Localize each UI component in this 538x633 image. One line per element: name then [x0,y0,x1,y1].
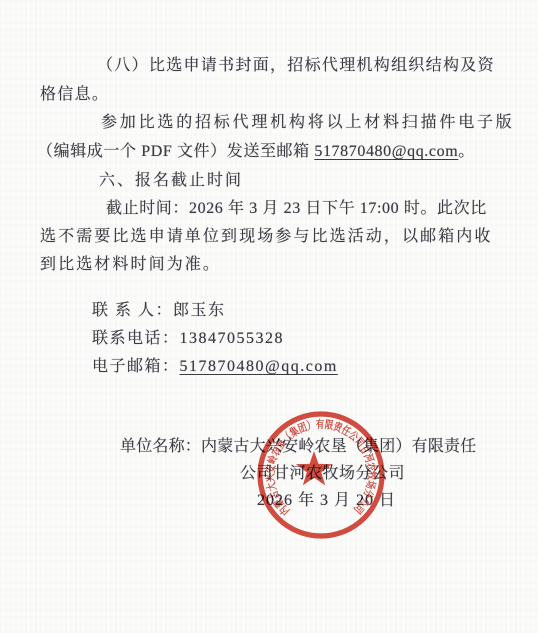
official-seal-stamp: 内蒙古大兴安岭农垦（集团）有限责任公司甘河农牧场分公司 [231,385,411,565]
contact-person-line: 联 系 人：郎玉东 [92,301,226,321]
contact-person-name: 郎玉东 [173,302,226,319]
body-line: 到比选材料时间为准。 [40,255,221,275]
signature-org-label: 单位名称： [120,438,201,455]
body-line: 选不需要比选申请单位到现场参与比选活动，以邮箱内收 [40,227,493,247]
contact-phone-number: 13847055328 [180,330,285,347]
star-icon [296,451,332,485]
body-text: 。 [458,143,475,160]
scanned-document-page: （八）比选申请书封面，招标代理机构组织结构及资 格信息。 参加比选的招标代理机构… [0,0,538,633]
body-line: （八）比选申请书封面，招标代理机构组织结构及资 [97,56,495,76]
body-line: （编辑成一个 PDF 文件）发送至邮箱 517870480@qq.com。 [37,142,475,162]
email-address: 517870480@qq.com [180,358,338,375]
contact-person-label: 联 系 人： [92,302,173,319]
contact-phone-line: 联系电话：13847055328 [92,329,284,349]
body-text: （编辑成一个 PDF 文件）发送至邮箱 [37,143,314,160]
body-line: 格信息。 [40,85,109,105]
body-line: 截止时间：2026 年 3 月 23 日下午 17:00 时。此次比 [106,199,487,219]
section-heading: 六、报名截止时间 [99,171,243,191]
email-address: 517870480@qq.com [314,143,458,160]
contact-email-line: 电子邮箱：517870480@qq.com [92,357,338,377]
contact-email-label: 电子邮箱： [92,358,180,375]
contact-phone-label: 联系电话： [92,330,180,347]
body-line: 参加比选的招标代理机构将以上材料扫描件电子版 [101,113,515,133]
